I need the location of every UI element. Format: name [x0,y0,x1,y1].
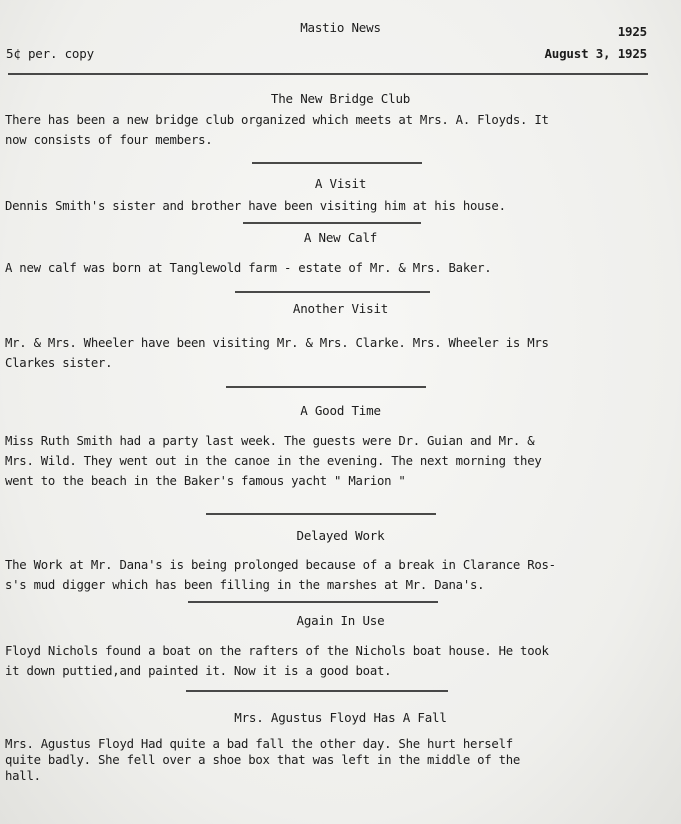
divider [206,513,436,515]
divider [186,690,448,692]
issue-date: August 3, 1925 [544,46,647,61]
article-heading: Delayed Work [0,528,681,543]
article-heading: Mrs. Agustus Floyd Has A Fall [0,710,681,725]
article-heading: The New Bridge Club [0,91,681,106]
article-heading: A New Calf [0,230,681,245]
masthead-year: 1925 [618,24,647,39]
article-heading: Another Visit [0,301,681,316]
article-body: Floyd Nichols found a boat on the rafter… [5,641,665,681]
article-body: The Work at Mr. Dana's is being prolonge… [5,555,665,595]
article-heading: A Good Time [0,403,681,418]
article-body: A new calf was born at Tanglewold farm -… [5,258,665,278]
article-body: Dennis Smith's sister and brother have b… [5,196,665,216]
article-body: Miss Ruth Smith had a party last week. T… [5,431,665,491]
masthead-rule [8,73,648,75]
newsletter-page: Mastio News 1925 5¢ per. copy August 3, … [0,0,681,824]
masthead-title: Mastio News [0,20,681,35]
divider [226,386,426,388]
divider [252,162,422,164]
divider [243,222,421,224]
article-heading: Again In Use [0,613,681,628]
article-body: Mr. & Mrs. Wheeler have been visiting Mr… [5,333,665,373]
divider [188,601,438,603]
article-heading: A Visit [0,176,681,191]
article-body: Mrs. Agustus Floyd Had quite a bad fall … [5,736,665,784]
price: 5¢ per. copy [6,46,94,61]
divider [235,291,430,293]
article-body: There has been a new bridge club organiz… [5,110,665,150]
